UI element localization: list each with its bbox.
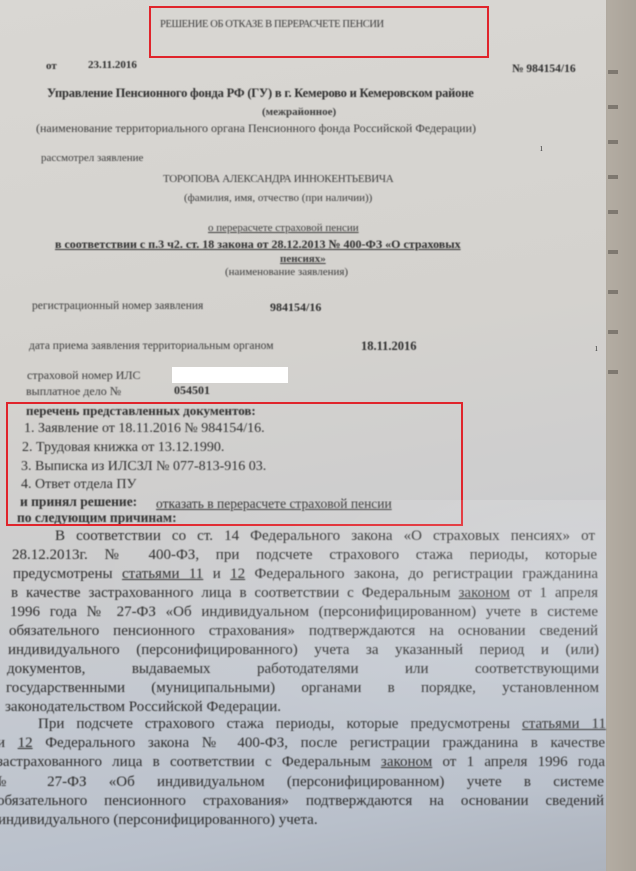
paragraph-line: № 27-ФЗ «Об индивидуальном (персонифицир…: [0, 774, 604, 791]
payment-case-label: выплатное дело №: [26, 384, 121, 399]
paragraph-line: и 12 Федерального закона № 400-ФЗ, после…: [0, 735, 605, 752]
document-page: РЕШЕНИЕ ОБ ОТКАЗЕ В ПЕРЕРАСЧЕТЕ ПЕНСИИ о…: [0, 0, 606, 871]
applicant-caption: (фамилия, имя, отчество (при наличии)): [184, 192, 372, 204]
law-reference-link: 12: [230, 566, 245, 582]
paragraph-line: застрахованного лица в соответствии с Фе…: [0, 754, 605, 771]
paragraph-line: государственными (муниципальными) органа…: [6, 680, 599, 697]
paragraph-line: индивидуального (персонифицированного) у…: [0, 812, 318, 829]
applicant-name: ТОРОПОВА АЛЕКСАНДРА ИННОКЕНТЬЕВИЧА: [163, 173, 393, 185]
law-reference-link: статьями 11: [122, 566, 203, 582]
paragraph-line: При подсчете страхового стажа периоды, к…: [38, 716, 606, 733]
organization-name-line2: (межрайонное): [262, 106, 336, 118]
law-reference-link: законом: [459, 585, 510, 601]
application-caption: (наименование заявления): [225, 266, 348, 278]
paragraph-line: обязательного пенсионного страхования» п…: [0, 793, 604, 810]
receipt-date: 18.11.2016: [361, 339, 417, 354]
law-reference-link: законом: [381, 754, 432, 770]
paragraph-line: индивидуального (персонифицированного) у…: [8, 642, 599, 659]
paragraph-line: предусмотрены статьями 11 и 12 Федеральн…: [13, 566, 598, 583]
margin-mark: ı: [540, 143, 543, 154]
margin-mark: ı: [595, 343, 598, 354]
highlight-title-box: [149, 6, 489, 58]
date-prefix: от: [46, 60, 57, 72]
paragraph-line: обязательного пенсионного страхования» п…: [9, 623, 598, 640]
organization-caption: (наименование территориального органа Пе…: [36, 121, 476, 136]
application-subject-law-end: пенсиях»: [280, 253, 326, 265]
law-reference-link: 12: [18, 735, 33, 751]
paragraph-line: в качестве застрахованного лица в соотве…: [11, 585, 598, 602]
application-subject: о перерасчете страховой пенсии: [208, 222, 359, 234]
organization-name: Управление Пенсионного фонда РФ (ГУ) в г…: [47, 86, 474, 101]
application-subject-law: в соответствии с п.3 ч2. ст. 18 закона о…: [55, 237, 461, 252]
paragraph-line: законодательством Российской Федерации.: [5, 699, 281, 716]
highlight-decision-box: [6, 402, 463, 526]
law-reference-link: статьями 11: [522, 716, 606, 732]
paragraph-line: 28.12.2013г. № 400-ФЗ, при подсчете стра…: [12, 547, 597, 564]
redacted-insurance-number: [172, 367, 288, 383]
reviewed-label: рассмотрел заявление: [41, 152, 143, 164]
registration-number: 984154/16: [270, 300, 321, 315]
receipt-label: дата приема заявления территориальным ор…: [29, 340, 274, 352]
paragraph-line: документов, выдаваемых работодателями ил…: [7, 661, 599, 678]
payment-case-number: 054501: [174, 383, 210, 398]
paragraph-line: 1996 года № 27-ФЗ «Об индивидуальном (пе…: [10, 604, 598, 621]
decision-date: 23.11.2016: [88, 59, 137, 71]
insurance-number-label: страховой номер ИЛС: [27, 368, 141, 383]
registration-label: регистрационный номер заявления: [32, 300, 203, 312]
paragraph-line: В соответствии со ст. 14 Федерального за…: [55, 528, 595, 545]
decision-number: № 984154/16: [512, 63, 576, 75]
